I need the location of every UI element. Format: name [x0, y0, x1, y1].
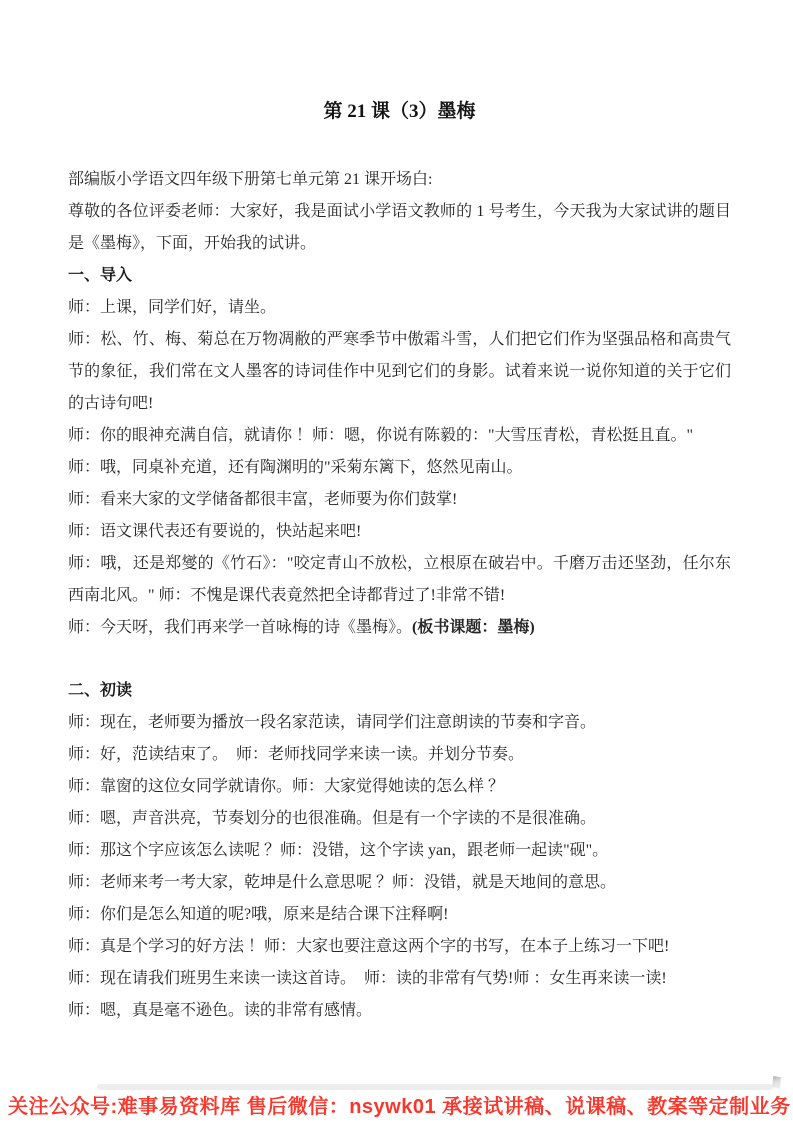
paragraph: 师：真是个学习的好方法 ！师：大家也要注意这两个字的书写，在本子上练习一下吧! — [68, 931, 731, 963]
paragraph: 师：看来大家的文学储备都很丰富，老师要为你们鼓掌! — [68, 484, 731, 516]
text-run: 一、导入 — [68, 267, 132, 284]
text-run: 二、初读 — [68, 682, 132, 699]
paragraph: 师：现在请我们班男生来读一读这首诗。 师：读的非常有气势!师 ：女生再来读一读! — [68, 963, 731, 995]
text-run: 师：好，范读结束了。 师：老师找同学来读一读。并划分节奏。 — [68, 746, 524, 763]
text-run: 师：现在，老师要为播放一段名家范读，请同学们注意朗读的节奏和字音。 — [68, 714, 596, 731]
paragraph: 师：松、竹、梅、菊总在万物凋敝的严寒季节中傲霜斗雪，人们把它们作为坚强品格和高贵… — [68, 324, 731, 420]
text-run: 师：哦，同桌补充道，还有陶渊明的"采菊东篱下，悠然见南山。 — [68, 459, 523, 476]
text-run: 尊敬的各位评委老师：大家好，我是面试小学语文教师的 1 号考生，今天我为大家试讲… — [68, 203, 731, 252]
paragraph: 师：你们是怎么知道的呢?哦，原来是结合课下注释啊! — [68, 899, 731, 931]
paragraph: 师：好，范读结束了。 师：老师找同学来读一读。并划分节奏。 — [68, 739, 731, 771]
text-run: 师：上课，同学们好，请坐。 — [68, 299, 276, 316]
paragraph: 师：语文课代表还有要说的，快站起来吧! — [68, 516, 731, 548]
bold-text-run: (板书课题：墨梅) — [412, 619, 535, 636]
document-title: 第 21 课（3）墨梅 — [68, 98, 731, 126]
promo-footer-text: 关注公众号:难事易资料库 售后微信：nsywk01 承接试讲稿、说课稿、教案等定… — [8, 1096, 791, 1118]
page-corner-fold-icon — [772, 1076, 781, 1089]
paragraph: 师：那这个字应该怎么读呢 ？师：没错，这个字读 yan，跟老师一起读"砚"。 — [68, 835, 731, 867]
text-run: 师：现在请我们班男生来读一读这首诗。 师：读的非常有气势!师 ：女生再来读一读! — [68, 970, 667, 987]
page-bottom-shade — [97, 1084, 773, 1090]
section-heading: 二、初读 — [68, 675, 731, 707]
paragraph: 师：你的眼神充满自信，就请你 ！师：嗯，你说有陈毅的："大雪压青松，青松挺且直。… — [68, 420, 731, 452]
document-page: 第 21 课（3）墨梅 部编版小学语文四年级下册第七单元第 21 课开场白:尊敬… — [0, 0, 793, 1122]
text-run: 师：那这个字应该怎么读呢 ？师：没错，这个字读 yan，跟老师一起读"砚"。 — [68, 842, 608, 859]
paragraph: 师：哦，还是郑燮的《竹石》："咬定青山不放松，立根原在破岩中。千磨万击还坚劲，任… — [68, 548, 731, 612]
paragraph: 师：嗯，真是毫不逊色。读的非常有感情。 — [68, 995, 731, 1027]
paragraph: 师：哦，同桌补充道，还有陶渊明的"采菊东篱下，悠然见南山。 — [68, 452, 731, 484]
text-run: 部编版小学语文四年级下册第七单元第 21 课开场白: — [68, 171, 432, 188]
paragraph: 尊敬的各位评委老师：大家好，我是面试小学语文教师的 1 号考生，今天我为大家试讲… — [68, 196, 731, 260]
paragraph: 师：靠窗的这位女同学就请你。师：大家觉得她读的怎么样 ？ — [68, 771, 731, 803]
paragraph: 师：现在，老师要为播放一段名家范读，请同学们注意朗读的节奏和字音。 — [68, 707, 731, 739]
text-run: 师：嗯，真是毫不逊色。读的非常有感情。 — [68, 1002, 372, 1019]
paragraph: 师：今天呀，我们再来学一首咏梅的诗《墨梅》。(板书课题：墨梅) — [68, 612, 731, 644]
text-run: 师：哦，还是郑燮的《竹石》："咬定青山不放松，立根原在破岩中。千磨万击还坚劲，任… — [68, 555, 731, 604]
paragraph: 师：嗯，声音洪亮，节奏划分的也很准确。但是有一个字读的不是很准确。 — [68, 803, 731, 835]
paragraph: 师：上课，同学们好，请坐。 — [68, 292, 731, 324]
text-run: 师：看来大家的文学储备都很丰富，老师要为你们鼓掌! — [68, 491, 457, 508]
text-run: 师：松、竹、梅、菊总在万物凋敝的严寒季节中傲霜斗雪，人们把它们作为坚强品格和高贵… — [68, 331, 731, 412]
paragraph: 师：老师来考一考大家，乾坤是什么意思呢 ？师：没错，就是天地间的意思。 — [68, 867, 731, 899]
paragraph: 部编版小学语文四年级下册第七单元第 21 课开场白: — [68, 164, 731, 196]
text-run: 师：今天呀，我们再来学一首咏梅的诗《墨梅》。 — [68, 619, 412, 636]
text-run: 师：你的眼神充满自信，就请你 ！师：嗯，你说有陈毅的："大雪压青松，青松挺且直。… — [68, 427, 693, 444]
text-run: 师：语文课代表还有要说的，快站起来吧! — [68, 523, 361, 540]
text-run: 师：靠窗的这位女同学就请你。师：大家觉得她读的怎么样 ？ — [68, 778, 504, 795]
text-run: 师：真是个学习的好方法 ！师：大家也要注意这两个字的书写，在本子上练习一下吧! — [68, 938, 669, 955]
text-run: 师：老师来考一考大家，乾坤是什么意思呢 ？师：没错，就是天地间的意思。 — [68, 874, 616, 891]
text-run: 师：你们是怎么知道的呢?哦，原来是结合课下注释啊! — [68, 906, 448, 923]
document-body: 部编版小学语文四年级下册第七单元第 21 课开场白:尊敬的各位评委老师：大家好，… — [68, 164, 731, 1027]
section-heading: 一、导入 — [68, 260, 731, 292]
promo-footer: 关注公众号:难事易资料库 售后微信：nsywk01 承接试讲稿、说课稿、教案等定… — [8, 1095, 788, 1119]
text-run: 师：嗯，声音洪亮，节奏划分的也很准确。但是有一个字读的不是很准确。 — [68, 810, 596, 827]
